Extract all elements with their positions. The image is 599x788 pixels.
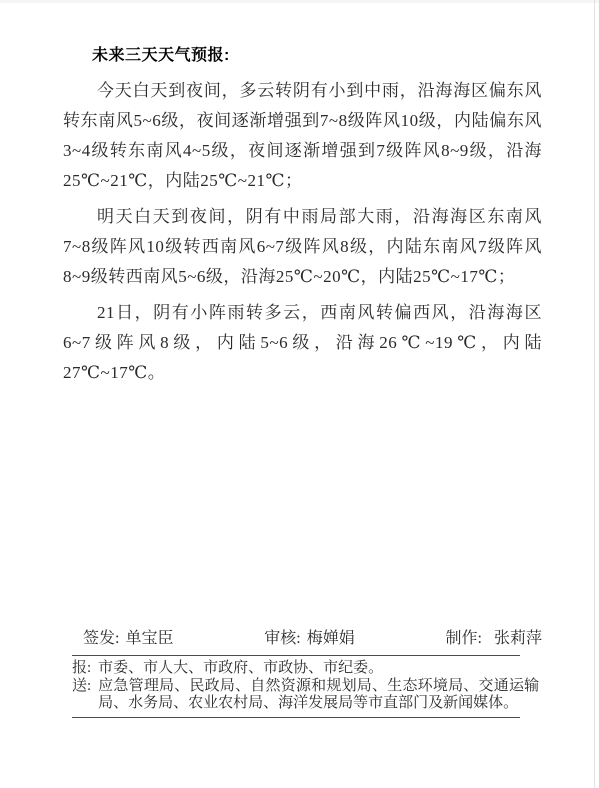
signoff-producer-name: 张莉萍 (494, 630, 542, 647)
signoff-issuer-name: 单宝臣 (125, 630, 173, 647)
page-right-edge (594, 0, 595, 788)
distribution-report-row: 报: 市委、市人大、市政府、市政协、市纪委。 (72, 660, 542, 678)
distribution-send-label: 送: (72, 678, 91, 696)
signoff-producer-label: 制作: (446, 630, 482, 647)
signoff-row: 签发:单宝臣 审核:梅婵娟 制作:张莉萍 (63, 629, 542, 648)
signoff-reviewer-name: 梅婵娟 (307, 630, 355, 647)
distribution-send-row: 送: 应急管理局、民政局、自然资源和规划局、生态环境局、交通运输局、水务局、农业… (72, 678, 542, 713)
forecast-paragraph-tomorrow: 明天白天到夜间，阴有中雨局部大雨，沿海海区东南风7~8级阵风10级转西南风6~7… (63, 202, 542, 292)
forecast-paragraph-today: 今天白天到夜间，多云转阴有小到中雨，沿海海区偏东风转东南风5~6级，夜间逐渐增强… (63, 76, 542, 196)
page-top-edge (0, 0, 599, 3)
signoff-issuer-label: 签发: (83, 630, 119, 647)
distribution-box: 报: 市委、市人大、市政府、市政协、市纪委。 送: 应急管理局、民政局、自然资源… (72, 655, 542, 718)
signoff-reviewer-label: 审核: (264, 630, 300, 647)
signoff-reviewer: 审核:梅婵娟 (264, 629, 354, 648)
distribution-report-label: 报: (72, 660, 91, 678)
signoff-producer: 制作:张莉萍 (446, 629, 542, 648)
forecast-body: 未来三天天气预报: 今天白天到夜间，多云转阴有小到中雨，沿海海区偏东风转东南风5… (63, 44, 542, 394)
distribution-list: 报: 市委、市人大、市政府、市政协、市纪委。 送: 应急管理局、民政局、自然资源… (72, 656, 542, 717)
distribution-send-content: 应急管理局、民政局、自然资源和规划局、生态环境局、交通运输局、水务局、农业农村局… (98, 678, 539, 713)
distribution-rule-bottom (72, 717, 520, 718)
distribution-report-content: 市委、市人大、市政府、市政协、市纪委。 (98, 660, 539, 678)
signoff-issuer: 签发:单宝臣 (83, 629, 173, 648)
forecast-title: 未来三天天气预报: (92, 44, 542, 68)
document-page: 未来三天天气预报: 今天白天到夜间，多云转阴有小到中雨，沿海海区偏东风转东南风5… (0, 0, 599, 788)
forecast-paragraph-day3: 21日，阴有小阵雨转多云，西南风转偏西风，沿海海区6~7级阵风8级，内陆5~6级… (63, 298, 542, 388)
